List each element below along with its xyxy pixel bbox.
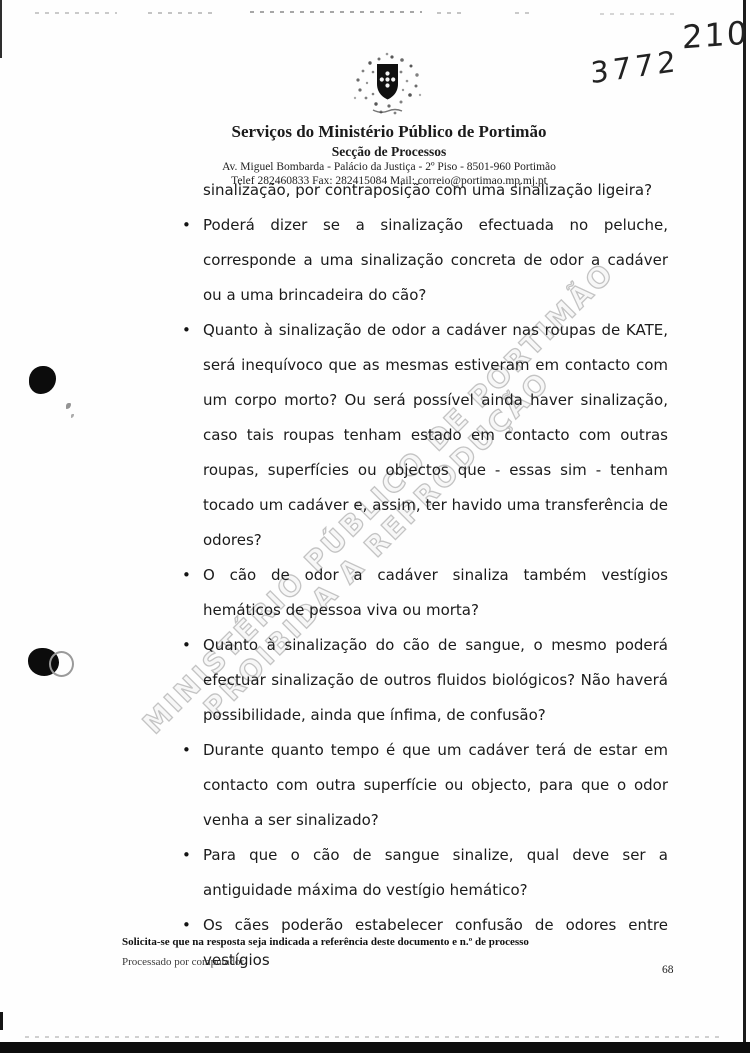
question-item: •Durante quanto tempo é que um cadáver t… [181,733,668,838]
bullet-icon: • [182,733,191,768]
document-body: sinalização, por contraposição com uma s… [181,173,668,978]
section-name: Secção de Processos [29,144,749,160]
question-item: •Quanto à sinalização do cão de sangue, … [181,628,668,733]
bullet-icon: • [182,208,191,243]
footer-processing-note: Processado por computador [122,956,244,968]
question-item: •Para que o cão de sangue sinalize, qual… [181,838,668,908]
question-text: Quanto à sinalização do cão de sangue, o… [203,636,668,724]
question-list: •Poderá dizer se a sinalização efectuada… [181,208,668,978]
organization-name: Serviços do Ministério Público de Portim… [29,122,749,142]
question-text: Durante quanto tempo é que um cadáver te… [203,741,668,829]
question-text: Para que o cão de sangue sinalize, qual … [203,846,668,899]
question-text: O cão de odor a cadáver sinaliza também … [203,566,668,619]
coat-of-arms-icon [345,50,430,122]
question-item: •Poderá dizer se a sinalização efectuada… [181,208,668,313]
ink-blot-mark [29,366,56,394]
ink-ring-mark [49,651,74,677]
bullet-icon: • [182,313,191,348]
continuation-line: sinalização, por contraposição com uma s… [181,173,668,208]
handwritten-page-number: 210 [682,14,749,57]
scan-noise-top [600,13,680,15]
scan-noise-top [250,11,422,13]
footer-request-note: Solicita-se que na resposta seja indicad… [122,936,529,948]
scan-noise-top [515,12,535,14]
scan-edge-left [0,0,2,58]
question-item: •O cão de odor a cadáver sinaliza também… [181,558,668,628]
scan-edge-left [0,1012,3,1030]
question-item: •Quanto à sinalização de odor a cadáver … [181,313,668,558]
scan-edge-bottom [0,1042,750,1053]
scanned-document-page: 210 3772 [0,0,750,1053]
scan-noise-top [437,12,467,14]
scan-noise-top [148,12,218,14]
handwritten-reference-number: 3772 [590,44,680,91]
bullet-icon: • [182,628,191,663]
question-text: Poderá dizer se a sinalização efectuada … [203,216,668,304]
scan-noise-top [35,12,117,14]
printed-page-number: 68 [662,964,674,976]
bullet-icon: • [182,558,191,593]
question-text: Quanto à sinalização de odor a cadáver n… [203,321,668,549]
scan-noise-bottom [25,1036,720,1038]
bullet-icon: • [182,838,191,873]
